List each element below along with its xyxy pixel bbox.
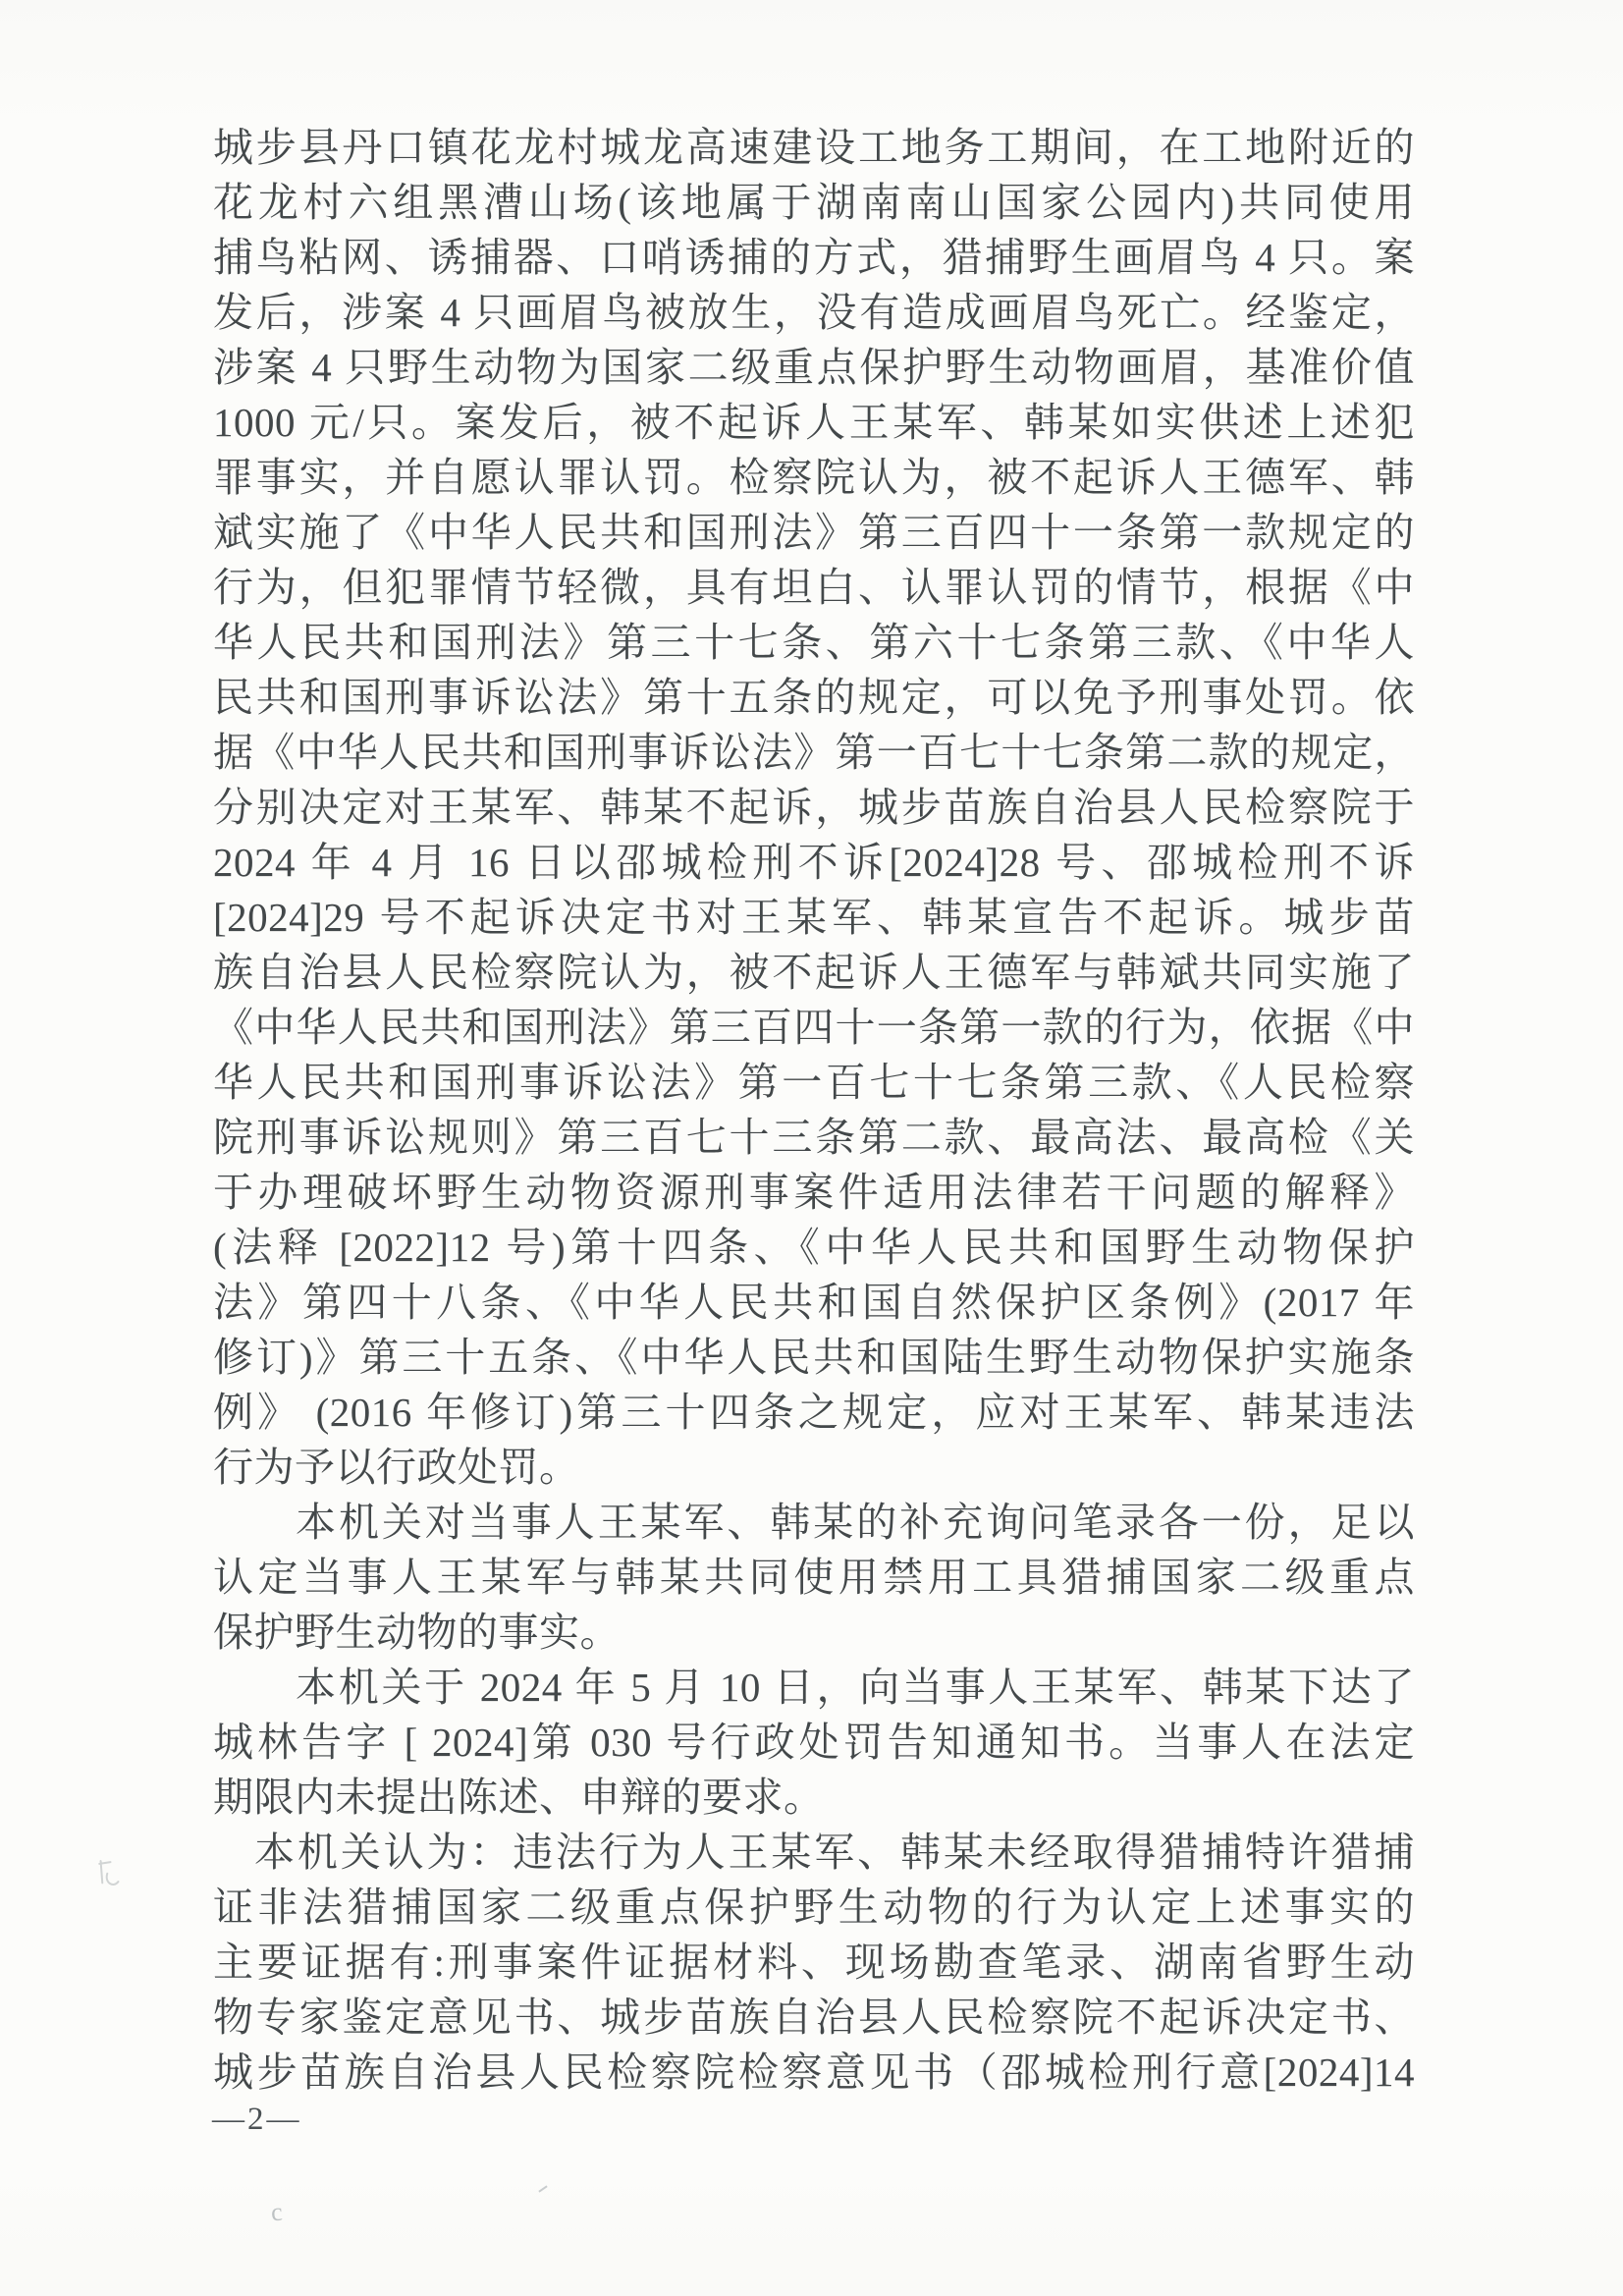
pencil-scribble-icon — [90, 1854, 128, 1892]
text-line: 罪事实，并自愿认罪认罚。检察院认为，被不起诉人王德军、韩 — [213, 450, 1415, 505]
text-line: 花龙村六组黑漕山场(该地属于湖南南山国家公园内)共同使用 — [213, 175, 1415, 230]
text-line: 院刑事诉讼规则》第三百七十三条第二款、最高法、最高检《关 — [213, 1110, 1415, 1165]
text-line: 斌实施了《中华人民共和国刑法》第三百四十一条第一款规定的 — [213, 505, 1415, 560]
text-line: 法》第四十八条、《中华人民共和国自然保护区条例》(2017 年 — [213, 1275, 1415, 1330]
text-line: 本机关对当事人王某军、韩某的补充询问笔录各一份，足以 — [213, 1495, 1415, 1550]
text-line: 保护野生动物的事实。 — [213, 1605, 1415, 1660]
stray-pencil-mark — [90, 1854, 128, 1897]
text-line: (法释 [2022]12 号)第十四条、《中华人民共和国野生动物保护 — [213, 1220, 1415, 1275]
text-line: 城林告字 [ 2024]第 030 号行政处罚告知通知书。当事人在法定 — [213, 1715, 1415, 1770]
text-line: 行为，但犯罪情节轻微，具有坦白、认罪认罚的情节，根据《中 — [213, 560, 1415, 615]
text-line: 华人民共和国刑事诉讼法》第一百七十七条第三款、《人民检察 — [213, 1055, 1415, 1110]
text-line: 物专家鉴定意见书、城步苗族自治县人民检察院不起诉决定书、 — [213, 1990, 1415, 2045]
document-body-text: 城步县丹口镇花龙村城龙高速建设工地务工期间，在工地附近的花龙村六组黑漕山场(该地… — [213, 120, 1415, 2100]
text-line: 本机关于 2024 年 5 月 10 日，向当事人王某军、韩某下达了 — [213, 1660, 1415, 1715]
text-line: 涉案 4 只野生动物为国家二级重点保护野生动物画眉，基准价值 — [213, 340, 1415, 395]
text-line: 华人民共和国刑法》第三十七条、第六十七条第三款、《中华人 — [213, 615, 1415, 670]
text-line: 例》 (2016 年修订)第三十四条之规定，应对王某军、韩某违法 — [213, 1385, 1415, 1440]
text-line: 捕鸟粘网、诱捕器、口哨诱捕的方式，猎捕野生画眉鸟 4 只。案 — [213, 230, 1415, 285]
text-line: 1000 元/只。案发后，被不起诉人王某军、韩某如实供述上述犯 — [213, 395, 1415, 450]
text-line: 行为予以行政处罚。 — [213, 1440, 1415, 1495]
text-line: [2024]29 号不起诉决定书对王某军、韩某宣告不起诉。城步苗 — [213, 890, 1415, 945]
text-line: 期限内未提出陈述、申辩的要求。 — [213, 1770, 1415, 1825]
text-line: 城步县丹口镇花龙村城龙高速建设工地务工期间，在工地附近的 — [213, 120, 1415, 175]
text-line: 据《中华人民共和国刑事诉讼法》第一百七十七条第二款的规定， — [213, 725, 1415, 780]
text-line: 认定当事人王某军与韩某共同使用禁用工具猎捕国家二级重点 — [213, 1550, 1415, 1605]
text-line: 族自治县人民检察院认为，被不起诉人王德军与韩斌共同实施了 — [213, 945, 1415, 1000]
text-line: 《中华人民共和国刑法》第三百四十一条第一款的行为，依据《中 — [213, 1000, 1415, 1055]
text-line: 于办理破坏野生动物资源刑事案件适用法律若干问题的解释》 — [213, 1165, 1415, 1220]
stray-speck — [538, 2185, 547, 2192]
text-line: 本机关认为：违法行为人王某军、韩某未经取得猎捕特许猎捕 — [213, 1825, 1415, 1880]
text-line: 主要证据有:刑事案件证据材料、现场勘查笔录、湖南省野生动 — [213, 1935, 1415, 1990]
text-line: 民共和国刑事诉讼法》第十五条的规定，可以免予刑事处罚。依 — [213, 670, 1415, 725]
stray-letter-mark: c — [270, 2198, 284, 2228]
text-line: 分别决定对王某军、韩某不起诉，城步苗族自治县人民检察院于 — [213, 780, 1415, 835]
text-line: 证非法猎捕国家二级重点保护野生动物的行为认定上述事实的 — [213, 1880, 1415, 1935]
document-page: 城步县丹口镇花龙村城龙高速建设工地务工期间，在工地附近的花龙村六组黑漕山场(该地… — [0, 0, 1623, 2296]
text-line: 2024 年 4 月 16 日以邵城检刑不诉[2024]28 号、邵城检刑不诉 — [213, 835, 1415, 890]
page-number: —2— — [212, 2102, 302, 2138]
text-line: 修订)》第三十五条、《中华人民共和国陆生野生动物保护实施条 — [213, 1330, 1415, 1385]
text-line: 城步苗族自治县人民检察院检察意见书（邵城检刑行意[2024]14 — [213, 2045, 1415, 2100]
text-line: 发后，涉案 4 只画眉鸟被放生，没有造成画眉鸟死亡。经鉴定， — [213, 285, 1415, 340]
